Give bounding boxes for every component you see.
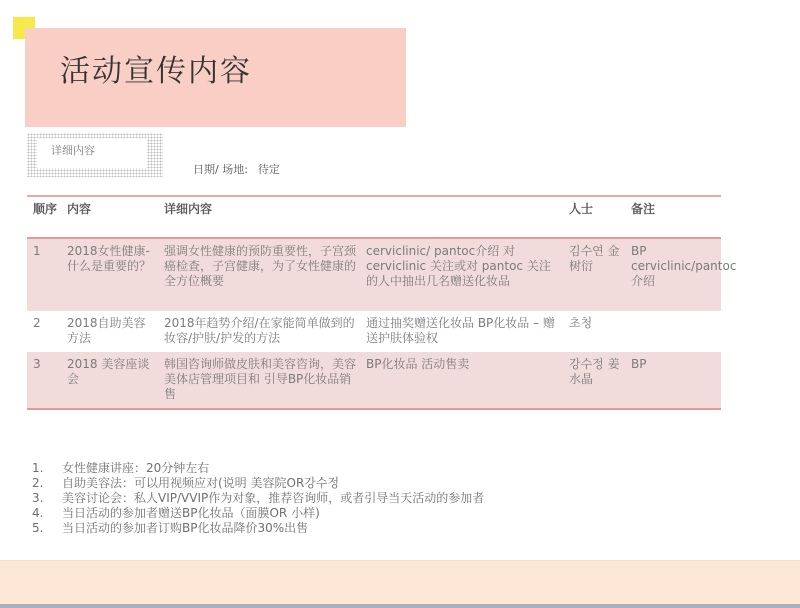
col-header-people: 人士 [563, 196, 625, 238]
page-title: 活动宣传内容 [60, 46, 252, 90]
table-row: 1 2018女性健康- 什么是重要的？ 强调女性健康的预防重要性，子宫颈癌检查，… [27, 238, 721, 311]
table-row: 2 2018自助美容方法 2018年趋势介绍/在家能简单做到的妆容/护肤/护发的… [27, 311, 721, 352]
list-item: 3.美容讨论会：私人VIP/VVIP作为对象，推荐咨询师，或者引导当天活动的参加… [32, 491, 484, 506]
cell-people: 초청 [563, 311, 625, 352]
cell-detail2: 通过抽奖赠送化妆品 BP化妆品 – 赠送护肤体验权 [360, 311, 563, 352]
cell-detail2: cerviclinic/ pantoc介绍 对cerviclinic 关注或对 … [360, 238, 563, 311]
title-banner: 活动宣传内容 [25, 28, 406, 127]
program-table: 顺序 内容 详细内容 人士 备注 1 2018女性健康- 什么是重要的？ 强调女… [27, 195, 721, 410]
cell-content: 2018 美容座谈会 [61, 352, 158, 409]
cell-detail2: BP化妆品 活动售卖 [360, 352, 563, 409]
cell-order: 3 [27, 352, 61, 409]
col-header-detail2 [360, 196, 563, 238]
cell-content: 2018自助美容方法 [61, 311, 158, 352]
footer-line [0, 604, 800, 608]
subtitle-label: 详细内容 [51, 142, 95, 158]
list-item: 5.当日活动的参加者订购BP化妆品降价30%出售 [32, 521, 484, 536]
cell-content: 2018女性健康- 什么是重要的？ [61, 238, 158, 311]
cell-people: 강수정 姜水晶 [563, 352, 625, 409]
cell-order: 1 [27, 238, 61, 311]
table-header-row: 顺序 内容 详细内容 人士 备注 [27, 196, 721, 238]
col-header-order: 顺序 [27, 196, 61, 238]
col-header-detail: 详细内容 [158, 196, 360, 238]
list-item: 4.当日活动的参加者赠送BP化妆品（面膜OR 小样) [32, 506, 484, 521]
subtitle-box: 详细内容 [27, 133, 163, 177]
col-header-content: 内容 [61, 196, 158, 238]
footer-band [0, 560, 800, 605]
cell-detail: 2018年趋势介绍/在家能简单做到的妆容/护肤/护发的方法 [158, 311, 360, 352]
date-venue-value: 待定 [258, 163, 280, 176]
list-item: 1.女性健康讲座：20分钟左右 [32, 461, 484, 476]
date-venue-label: 日期/ 场地: [193, 163, 248, 176]
notes-list: 1.女性健康讲座：20分钟左右 2.自助美容法：可以用视频应对(说明 美容院OR… [32, 461, 484, 536]
cell-people: 김수연 金树衍 [563, 238, 625, 311]
col-header-remark: 备注 [625, 196, 721, 238]
list-item: 2.自助美容法：可以用视频应对(说明 美容院OR강수정 [32, 476, 484, 491]
cell-remark: BP [625, 352, 721, 409]
table-row: 3 2018 美容座谈会 韩国咨询师做皮肤和美容咨询，美容美体店管理项目和 引导… [27, 352, 721, 409]
cell-detail: 韩国咨询师做皮肤和美容咨询，美容美体店管理项目和 引导BP化妆品销售 [158, 352, 360, 409]
cell-detail: 强调女性健康的预防重要性，子宫颈癌检查，子宫健康，为了女性健康的全方位概要 [158, 238, 360, 311]
cell-order: 2 [27, 311, 61, 352]
cell-remark [625, 311, 721, 352]
cell-remark: BP cerviclinic/pantoc介绍 [625, 238, 721, 311]
date-venue: 日期/ 场地:待定 [193, 161, 280, 177]
